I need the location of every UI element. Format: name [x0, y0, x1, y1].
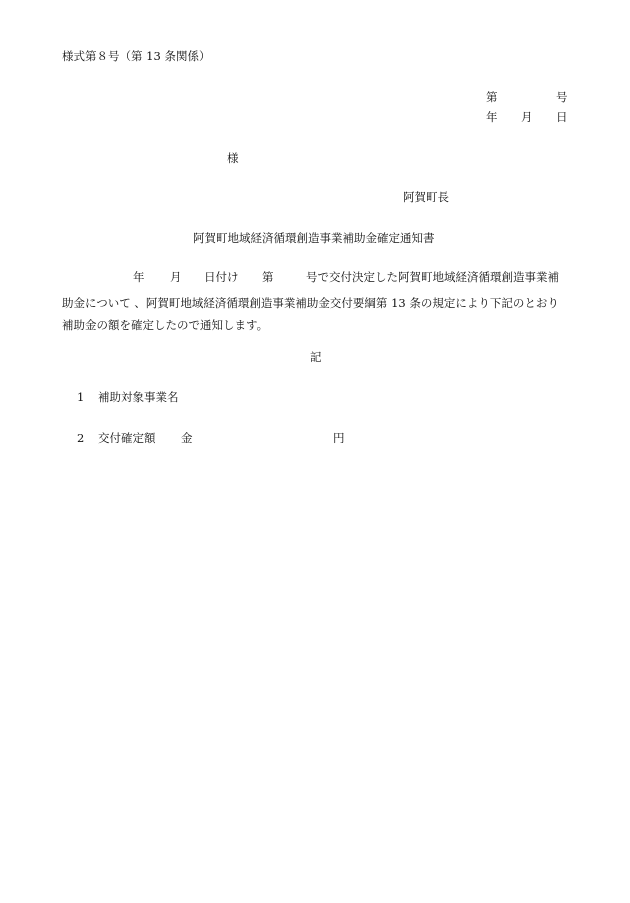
item-2-amount-prefix: 金 — [181, 431, 193, 445]
date-month: 月 — [521, 110, 533, 124]
form-label: 様式第８号（第 13 条関係） — [62, 49, 210, 63]
item-2-number: 2 — [77, 431, 84, 445]
ki-heading: 記 — [310, 350, 322, 364]
item-1-label: 補助対象事業名 — [98, 390, 179, 404]
date-day: 日 — [556, 110, 568, 124]
number-suffix: 号 — [556, 90, 568, 104]
body-month: 月 — [170, 270, 182, 284]
body-line-1-rest: 号で交付決定した阿賀町地域経済循環創造事業補 — [306, 270, 559, 284]
body-paragraph: 年 月 日付け 第 号で交付決定した阿賀町地域経済循環創造事業補 助金について … — [62, 266, 582, 332]
document-title: 阿賀町地域経済循環創造事業補助金確定通知書 — [193, 231, 435, 245]
sender-name: 阿賀町長 — [403, 190, 449, 204]
date-year: 年 — [486, 110, 498, 124]
body-line-1: 年 月 日付け 第 号で交付決定した阿賀町地域経済循環創造事業補 — [62, 266, 582, 288]
body-line-2: 助金について 、阿賀町地域経済循環創造事業補助金交付要綱第 13 条の規定により… — [62, 288, 582, 310]
item-1-number: 1 — [77, 390, 84, 404]
body-year: 年 — [133, 270, 145, 284]
number-prefix: 第 — [486, 90, 498, 104]
body-day-dated: 日付け — [204, 270, 239, 284]
body-no-prefix: 第 — [262, 270, 274, 284]
item-2-label: 交付確定額 — [98, 431, 156, 445]
item-2-amount-unit: 円 — [333, 431, 345, 445]
addressee-suffix: 様 — [227, 151, 239, 165]
